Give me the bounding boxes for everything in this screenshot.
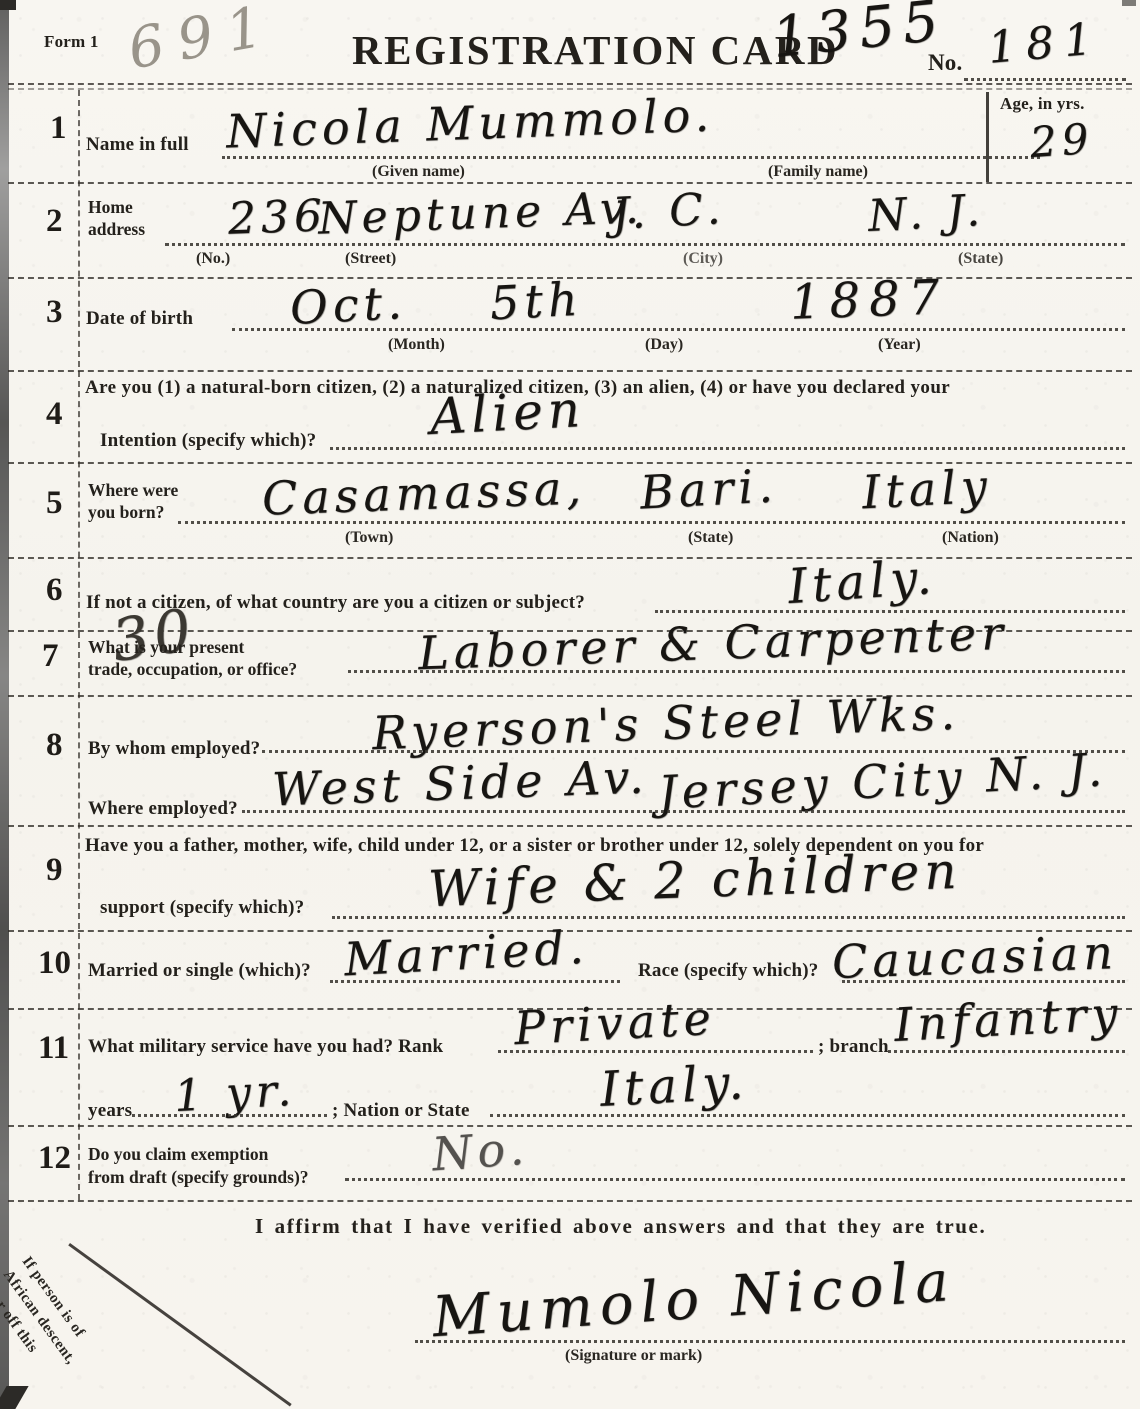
given-name-sublabel: (Given name) <box>372 163 465 181</box>
question-number-6: 6 <box>46 572 63 609</box>
signature-dotted-line <box>415 1340 1125 1343</box>
question-number-10: 10 <box>38 945 71 982</box>
branch-dotted-line <box>888 1050 1125 1053</box>
years-value-handwritten: 1 yr. <box>173 1069 297 1119</box>
question-number-11: 11 <box>38 1030 69 1067</box>
date-of-birth-label: Date of birth <box>86 308 193 330</box>
intention-dotted-line <box>330 447 1125 450</box>
address-street-handwritten: Neptune Av. <box>317 186 644 241</box>
citizen-country-value-handwritten: Italy. <box>787 553 938 611</box>
state-sublabel: (State) <box>688 529 733 547</box>
row-separator <box>8 182 1132 184</box>
employed-dotted-line <box>242 810 1125 813</box>
service-nation-handwritten: Italy. <box>599 1058 750 1114</box>
no-value-handwritten: 181 <box>986 17 1103 71</box>
question-number-7: 7 <box>42 638 59 675</box>
number-column-divider <box>78 90 80 1200</box>
support-dotted-line <box>332 916 1125 919</box>
signature-caption: (Signature or mark) <box>565 1347 702 1365</box>
branch-label: ; branch <box>818 1036 889 1058</box>
row-separator <box>8 695 1132 697</box>
employer-value-handwritten: Ryerson's Steel Wks. <box>371 690 960 756</box>
nation-dotted-line <box>490 1114 1125 1117</box>
name-label: Name in full <box>86 134 189 156</box>
born-town-handwritten: Casamassa, <box>261 464 586 521</box>
corner-diagonal-line <box>68 1243 291 1406</box>
name-value-handwritten: Nicola Mummolo. <box>225 91 714 154</box>
form-number-label: Form 1 <box>44 32 99 52</box>
race-value-handwritten: Caucasian <box>831 929 1118 985</box>
married-value-handwritten: Married. <box>343 924 590 983</box>
age-label: Age, in yrs. <box>1000 94 1085 114</box>
where-employed-label: Where employed? <box>88 798 238 820</box>
exemption-label-2: from draft (specify grounds)? <box>88 1167 309 1188</box>
row-separator <box>8 825 1132 827</box>
born-label-1: Where were <box>88 480 178 501</box>
stamp-number-handwritten: 1355 <box>770 0 949 67</box>
address-no-sublabel: (No.) <box>196 250 230 268</box>
born-nation-handwritten: Italy <box>861 463 993 516</box>
signature-handwritten: Mumolo Nicola <box>431 1254 958 1346</box>
month-sublabel: (Month) <box>388 336 445 354</box>
trade-label-2: trade, occupation, or office? <box>88 659 297 680</box>
trade-dotted-line <box>348 670 1125 673</box>
home-address-label-1: Home <box>88 197 133 218</box>
home-address-label-2: address <box>88 219 145 240</box>
no-dotted-line <box>964 78 1126 81</box>
address-city-handwritten: J. C. <box>611 187 726 237</box>
question-number-3: 3 <box>46 294 63 331</box>
birth-year-handwritten: 1887 <box>789 273 949 326</box>
day-sublabel: (Day) <box>645 336 683 354</box>
question-number-8: 8 <box>46 727 63 764</box>
by-whom-employed-label: By whom employed? <box>88 738 260 760</box>
support-prompt: support (specify which)? <box>100 897 304 919</box>
address-state-handwritten: N. J. <box>867 189 986 239</box>
header-rule-2 <box>8 88 1132 90</box>
rank-dotted-line <box>498 1050 813 1053</box>
exemption-value-handwritten: No. <box>431 1125 531 1178</box>
address-city-sublabel: (City) <box>683 250 723 268</box>
age-box-divider <box>986 92 989 182</box>
question-number-2: 2 <box>46 203 63 240</box>
years-label: years <box>88 1100 132 1122</box>
row-separator <box>8 370 1132 372</box>
row-separator <box>8 1200 1132 1202</box>
race-dotted-line <box>842 980 1125 983</box>
scan-mark-top-left <box>0 0 16 10</box>
row-separator <box>8 1125 1132 1127</box>
exemption-label-1: Do you claim exemption <box>88 1144 268 1165</box>
exemption-dotted-line <box>345 1178 1125 1181</box>
address-state-sublabel: (State) <box>958 250 1003 268</box>
born-label-2: you born? <box>88 502 164 523</box>
employed-city-handwritten: Jersey City N. J. <box>657 746 1108 815</box>
row-separator <box>8 557 1132 559</box>
race-label: Race (specify which)? <box>638 960 818 982</box>
year-sublabel: (Year) <box>878 336 921 354</box>
scan-mark-top-right <box>1122 0 1136 6</box>
family-name-sublabel: (Family name) <box>768 163 868 181</box>
born-dotted-line <box>178 521 1125 524</box>
married-dotted-line <box>330 980 620 983</box>
pencil-number-handwritten: 691 <box>124 0 280 79</box>
citizenship-value-handwritten: Alien <box>429 384 586 442</box>
address-dotted-line <box>165 243 1125 246</box>
trade-value-handwritten: Laborer & Carpenter <box>417 610 1008 677</box>
question-number-9: 9 <box>46 852 63 889</box>
trade-label-1: What is your present <box>88 637 244 658</box>
corner-note: If person is of African descent, tear of… <box>0 1252 100 1397</box>
nation-or-state-label: ; Nation or State <box>332 1100 470 1122</box>
page-title: REGISTRATION CARD <box>352 26 839 74</box>
question-number-4: 4 <box>46 396 63 433</box>
address-street-sublabel: (Street) <box>345 250 396 268</box>
name-dotted-line <box>222 156 1040 159</box>
town-sublabel: (Town) <box>345 529 393 547</box>
address-no-handwritten: 236 <box>227 194 327 241</box>
affirmation-statement: I affirm that I have verified above answ… <box>255 1214 986 1239</box>
header-rule-1 <box>8 83 1132 85</box>
no-label: No. <box>928 50 962 76</box>
question-number-12: 12 <box>38 1140 71 1177</box>
birth-dotted-line <box>232 328 1125 331</box>
branch-value-handwritten: Infantry <box>893 990 1123 1048</box>
nation-sublabel: (Nation) <box>942 529 999 547</box>
years-dotted-line <box>132 1114 327 1117</box>
birth-day-handwritten: 5th <box>489 276 584 327</box>
employed-street-handwritten: West Side Av. <box>271 753 649 812</box>
registration-card: Form 1 691 REGISTRATION CARD 1355 No. 18… <box>0 0 1140 1409</box>
question-number-5: 5 <box>46 485 63 522</box>
scan-edge-left <box>0 0 9 1409</box>
age-value-handwritten: 29 <box>1029 118 1095 164</box>
birth-month-handwritten: Oct. <box>289 279 408 331</box>
married-label: Married or single (which)? <box>88 960 311 982</box>
born-state-handwritten: Bari. <box>639 462 779 515</box>
military-rank-label: What military service have you had? Rank <box>88 1036 443 1058</box>
rank-value-handwritten: Private <box>513 995 717 1051</box>
intention-prompt: Intention (specify which)? <box>100 430 316 452</box>
question-number-1: 1 <box>50 110 67 147</box>
